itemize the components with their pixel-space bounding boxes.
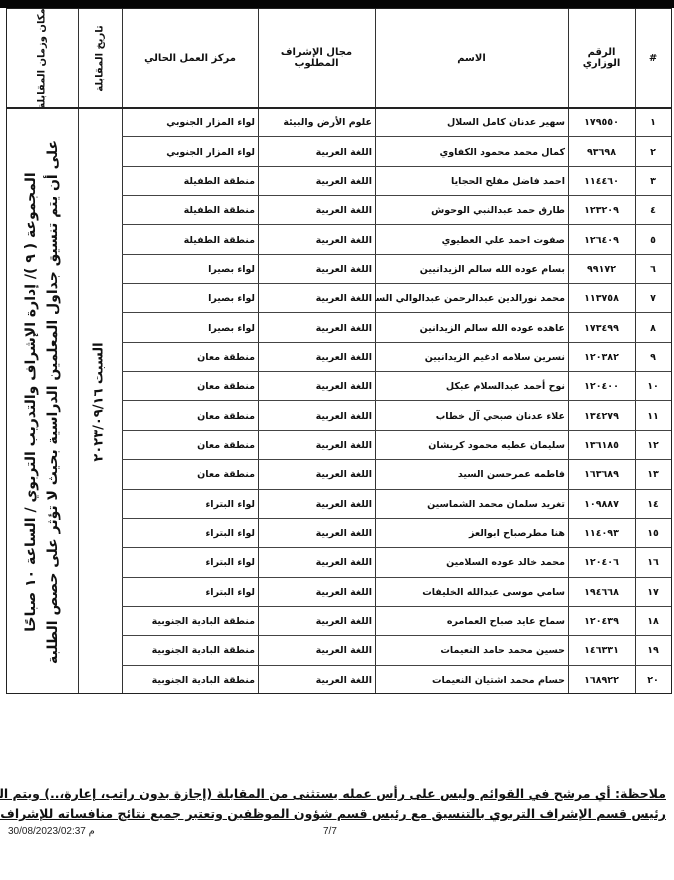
- cell-supervision-field: اللغة العربية: [258, 313, 375, 342]
- cell-supervision-field: اللغة العربية: [258, 137, 375, 166]
- cell-current-workplace: لواء المزار الجنوبي: [122, 137, 258, 166]
- header-index: #: [635, 9, 671, 107]
- cell-ministry-number: ١٢٠٣٨٢: [568, 343, 635, 372]
- cell-ministry-number: ١٤٦٣٣١: [568, 636, 635, 665]
- cell-ministry-number: ١٢٠٤٠٠: [568, 372, 635, 401]
- cell-name: حسين محمد حامد النعيمات: [375, 636, 568, 665]
- cell-index: ١٥: [635, 519, 671, 548]
- cell-index: ٨: [635, 313, 671, 342]
- cell-index: ١: [635, 108, 671, 137]
- cell-current-workplace: لواء المزار الجنوبي: [122, 108, 258, 137]
- table-row: لواء البتراءاللغة العربيةتغريد سلمان محم…: [7, 490, 671, 519]
- cell-supervision-field: اللغة العربية: [258, 372, 375, 401]
- cell-current-workplace: منطقة الطفيلة: [122, 167, 258, 196]
- cell-current-workplace: لواء بصيرا: [122, 255, 258, 284]
- cell-index: ١٩: [635, 636, 671, 665]
- header-interview-place-time: مكان وزمان المقابلة: [7, 9, 78, 107]
- cell-ministry-number: ٩٩١٧٢: [568, 255, 635, 284]
- cell-ministry-number: ١٦٣٦٨٩: [568, 460, 635, 489]
- header-ministry-number: الرقم الوزاري: [568, 9, 635, 107]
- cell-current-workplace: منطقة البادية الجنوبية: [122, 607, 258, 636]
- cell-supervision-field: اللغة العربية: [258, 225, 375, 254]
- cell-ministry-number: ١٠٩٨٨٧: [568, 490, 635, 519]
- header-supervision-field: مجال الإشراف المطلوب: [258, 9, 375, 107]
- cell-index: ١١: [635, 402, 671, 431]
- table-row: منطقة معاناللغة العربيةنسرين سلامه ادغيم…: [7, 343, 671, 372]
- cell-index: ١٣: [635, 460, 671, 489]
- header-label: تاريخ المقابلة: [95, 25, 106, 91]
- cell-ministry-number: ١١٤٤٦٠: [568, 167, 635, 196]
- table-row: منطقة معاناللغة العربيةعلاء عدنان صبحي آ…: [7, 402, 671, 431]
- cell-ministry-number: ١٢٠٤٣٩: [568, 607, 635, 636]
- cell-name: علاء عدنان صبحي آل خطاب: [375, 402, 568, 431]
- cell-supervision-field: اللغة العربية: [258, 196, 375, 225]
- cell-ministry-number: ١٢٦٤٠٩: [568, 225, 635, 254]
- cell-ministry-number: ١٩٤٦٦٨: [568, 578, 635, 607]
- cell-supervision-field: اللغة العربية: [258, 402, 375, 431]
- header-interview-date: تاريخ المقابلة: [78, 9, 122, 107]
- table-row: لواء البتراءاللغة العربيةهنا مطرصباح ابو…: [7, 519, 671, 548]
- table-row: منطقة معاناللغة العربيةسليمان عطيه محمود…: [7, 431, 671, 460]
- page-number: 7/7: [323, 826, 337, 837]
- cell-current-workplace: لواء بصيرا: [122, 313, 258, 342]
- cell-current-workplace: منطقة معان: [122, 343, 258, 372]
- cell-name: سامي موسى عبدالله الخليفات: [375, 578, 568, 607]
- table-row: منطقة البادية الجنوبيةاللغة العربيةحسام …: [7, 666, 671, 695]
- cell-name: نسرين سلامه ادغيم الزيدانيين: [375, 343, 568, 372]
- cell-current-workplace: منطقة معان: [122, 460, 258, 489]
- cell-current-workplace: لواء البتراء: [122, 548, 258, 577]
- cell-index: ١٦: [635, 548, 671, 577]
- cell-name: كمال محمد محمود الكفاوي: [375, 137, 568, 166]
- note-line-1: ملاحظة: أي مرشح في القوائم وليس على رأس …: [6, 786, 666, 801]
- cell-index: ١٠: [635, 372, 671, 401]
- cell-supervision-field: اللغة العربية: [258, 519, 375, 548]
- cell-current-workplace: منطقة الطفيلة: [122, 225, 258, 254]
- print-timestamp: 30/08/2023/02:37 م: [8, 826, 95, 837]
- cell-ministry-number: ٩٣٦٩٨: [568, 137, 635, 166]
- cell-current-workplace: منطقة معان: [122, 372, 258, 401]
- table-row: لواء بصيرااللغة العربيةمحمد نورالدين عبد…: [7, 284, 671, 313]
- candidates-table: مكان وزمان المقابلة تاريخ المقابلة مركز …: [6, 8, 672, 694]
- cell-name: فاطمه عمرحسن السيد: [375, 460, 568, 489]
- cell-current-workplace: منطقة البادية الجنوبية: [122, 666, 258, 695]
- cell-ministry-number: ١٧٩٥٥٠: [568, 108, 635, 137]
- table-row: منطقة الطفيلةاللغة العربيةصفوت احمد علي …: [7, 225, 671, 254]
- cell-index: ١٤: [635, 490, 671, 519]
- cell-current-workplace: لواء البتراء: [122, 490, 258, 519]
- cell-name: سهير عدنان كامل السلال: [375, 108, 568, 137]
- cell-supervision-field: اللغة العربية: [258, 167, 375, 196]
- table-row: لواء المزار الجنوبياللغة العربيةكمال محم…: [7, 137, 671, 166]
- cell-index: ٢: [635, 137, 671, 166]
- table-row: منطقة البادية الجنوبيةاللغة العربيةسماح …: [7, 607, 671, 636]
- table-row: لواء بصيرااللغة العربيةبسام عوده الله سا…: [7, 255, 671, 284]
- cell-supervision-field: اللغة العربية: [258, 666, 375, 695]
- cell-supervision-field: اللغة العربية: [258, 431, 375, 460]
- cell-index: ٢٠: [635, 666, 671, 695]
- table-row: منطقة الطفيلةاللغة العربيةطارق حمد عبدال…: [7, 196, 671, 225]
- table-row: لواء البتراءاللغة العربيةمحمد خالد عوده …: [7, 548, 671, 577]
- cell-name: محمد نورالدين عبدالرحمن عبدالوالي السعود…: [375, 284, 568, 313]
- cell-ministry-number: ١٣٤٢٧٩: [568, 402, 635, 431]
- cell-current-workplace: منطقة البادية الجنوبية: [122, 636, 258, 665]
- cell-supervision-field: اللغة العربية: [258, 578, 375, 607]
- cell-supervision-field: اللغة العربية: [258, 343, 375, 372]
- cell-index: ١٨: [635, 607, 671, 636]
- table-row: لواء البتراءاللغة العربيةسامي موسى عبدال…: [7, 578, 671, 607]
- cell-supervision-field: اللغة العربية: [258, 255, 375, 284]
- table-row: لواء المزار الجنوبيعلوم الأرض والبيئةسهي…: [7, 108, 671, 137]
- cell-name: احمد فاضل مفلح الحجايا: [375, 167, 568, 196]
- cell-current-workplace: منطقة معان: [122, 431, 258, 460]
- cell-ministry-number: ١١٣٧٥٨: [568, 284, 635, 313]
- table-row: منطقة البادية الجنوبيةاللغة العربيةحسين …: [7, 636, 671, 665]
- cell-name: صفوت احمد علي العطيوي: [375, 225, 568, 254]
- cell-name: حسام محمد اشتيان النعيمات: [375, 666, 568, 695]
- cell-name: نوح أحمد عبدالسلام عبكل: [375, 372, 568, 401]
- table-row: منطقة معاناللغة العربيةفاطمه عمرحسن السي…: [7, 460, 671, 489]
- cell-name: هنا مطرصباح ابوالعز: [375, 519, 568, 548]
- note-line-2: رئيس قسم الإشراف التربوي بالتنسيق مع رئي…: [6, 806, 666, 821]
- table-row: لواء بصيرااللغة العربيةعاهده عوده الله س…: [7, 313, 671, 342]
- cell-index: ١٢: [635, 431, 671, 460]
- cell-name: سماح عايد صباح العمامره: [375, 607, 568, 636]
- cell-index: ٤: [635, 196, 671, 225]
- cell-supervision-field: اللغة العربية: [258, 636, 375, 665]
- cell-index: ٩: [635, 343, 671, 372]
- cell-ministry-number: ١٦٨٩٢٢: [568, 666, 635, 695]
- cell-name: عاهده عوده الله سالم الزيدانين: [375, 313, 568, 342]
- table-row: منطقة الطفيلةاللغة العربيةاحمد فاضل مفلح…: [7, 167, 671, 196]
- cell-supervision-field: علوم الأرض والبيئة: [258, 108, 375, 137]
- cell-index: ٧: [635, 284, 671, 313]
- cell-name: سليمان عطيه محمود كريشان: [375, 431, 568, 460]
- cell-ministry-number: ١٢٣٢٠٩: [568, 196, 635, 225]
- cell-index: ١٧: [635, 578, 671, 607]
- cell-supervision-field: اللغة العربية: [258, 460, 375, 489]
- header-current-workplace: مركز العمل الحالي: [122, 9, 258, 107]
- top-black-strip: [0, 0, 674, 8]
- cell-index: ٥: [635, 225, 671, 254]
- cell-index: ٦: [635, 255, 671, 284]
- cell-ministry-number: ١٢٠٤٠٦: [568, 548, 635, 577]
- cell-supervision-field: اللغة العربية: [258, 490, 375, 519]
- table-body: لواء المزار الجنوبيعلوم الأرض والبيئةسهي…: [7, 108, 671, 695]
- table-row: منطقة معاناللغة العربيةنوح أحمد عبدالسلا…: [7, 372, 671, 401]
- cell-ministry-number: ١١٤٠٩٣: [568, 519, 635, 548]
- cell-current-workplace: منطقة الطفيلة: [122, 196, 258, 225]
- cell-name: طارق حمد عبدالنبي الوحوش: [375, 196, 568, 225]
- cell-ministry-number: ١٣٦١٨٥: [568, 431, 635, 460]
- cell-supervision-field: اللغة العربية: [258, 607, 375, 636]
- cell-current-workplace: لواء بصيرا: [122, 284, 258, 313]
- cell-current-workplace: لواء البتراء: [122, 578, 258, 607]
- cell-name: محمد خالد عوده السلامين: [375, 548, 568, 577]
- cell-index: ٣: [635, 167, 671, 196]
- cell-current-workplace: منطقة معان: [122, 402, 258, 431]
- cell-name: بسام عوده الله سالم الزيدانيين: [375, 255, 568, 284]
- header-label: مكان وزمان المقابلة: [37, 8, 48, 108]
- cell-name: تغريد سلمان محمد الشماسين: [375, 490, 568, 519]
- cell-ministry-number: ١٧٣٤٩٩: [568, 313, 635, 342]
- cell-current-workplace: لواء البتراء: [122, 519, 258, 548]
- cell-supervision-field: اللغة العربية: [258, 284, 375, 313]
- cell-supervision-field: اللغة العربية: [258, 548, 375, 577]
- header-name: الاسم: [375, 9, 568, 107]
